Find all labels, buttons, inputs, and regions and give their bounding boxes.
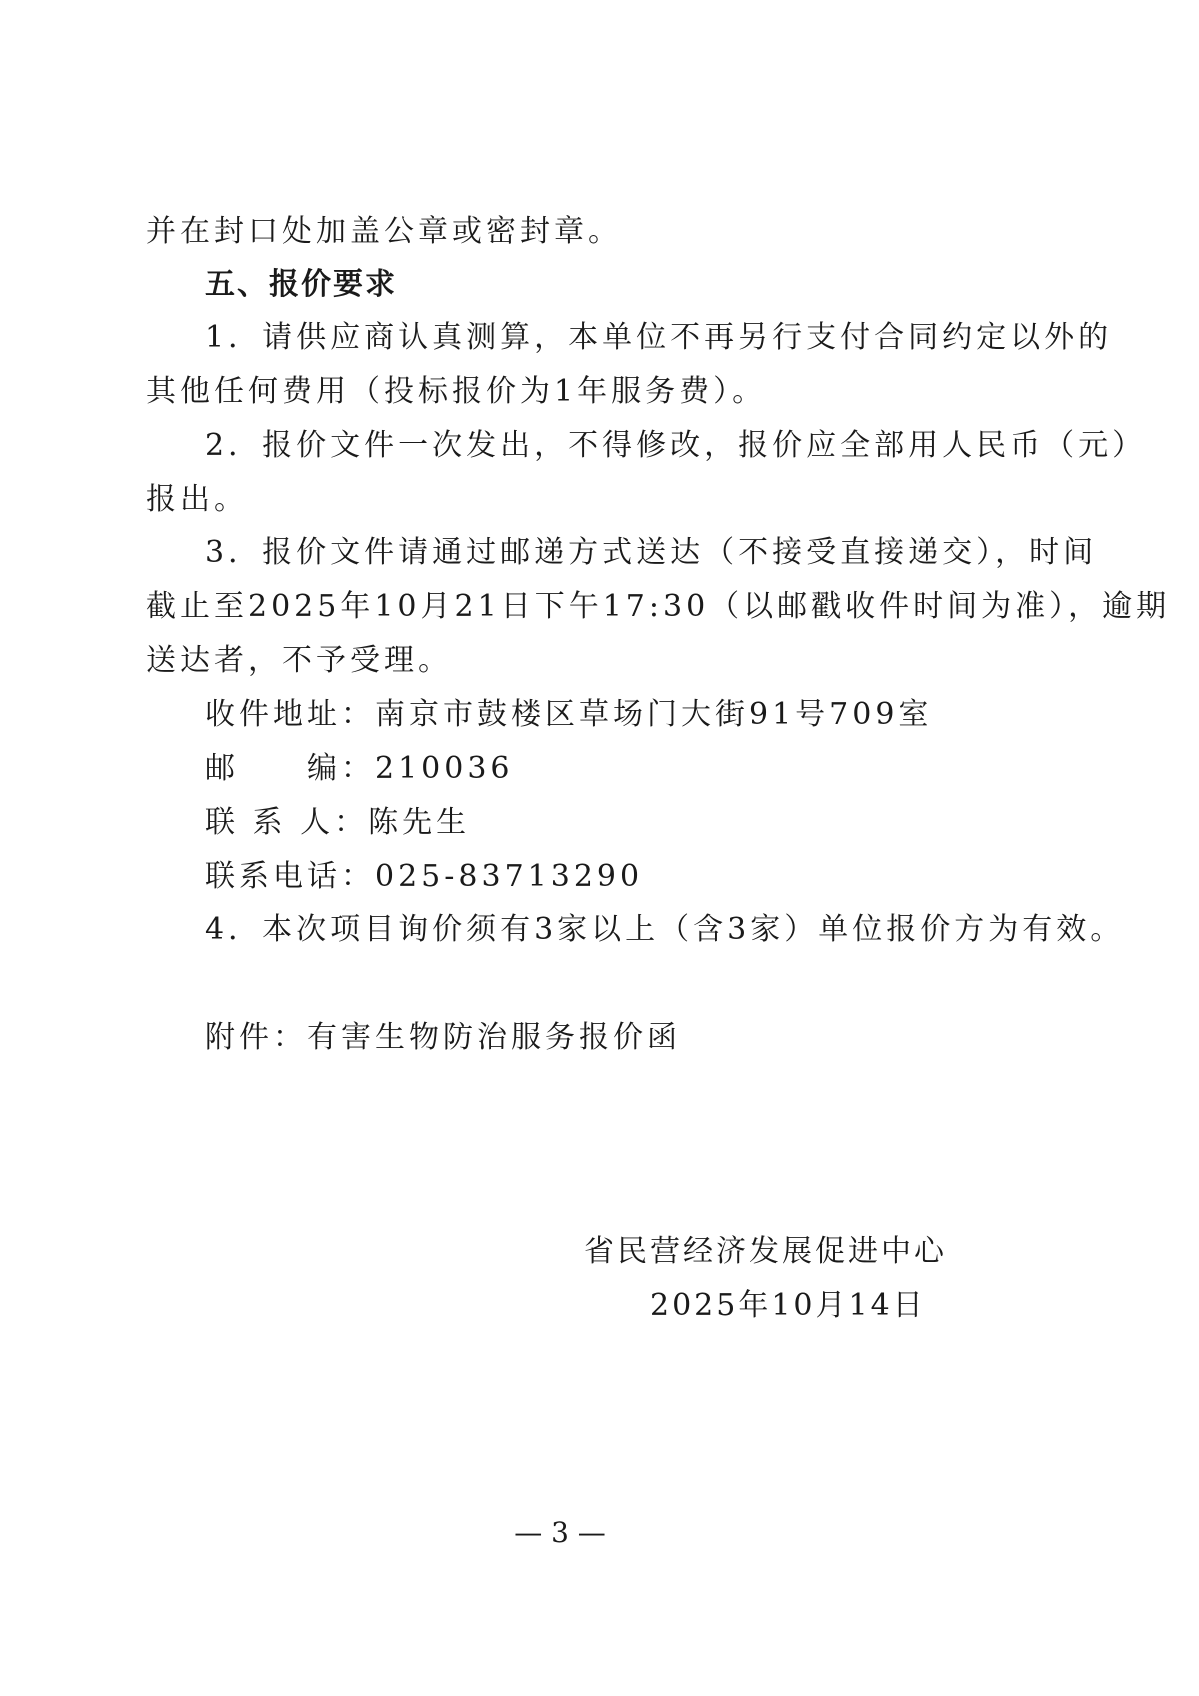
item-2-line-2: 报出。 xyxy=(146,480,248,520)
section-heading: 五、报价要求 xyxy=(205,265,397,305)
paragraph-continuation: 并在封口处加盖公章或密封章。 xyxy=(146,212,622,252)
contact-phone: 联系电话：025-83713290 xyxy=(205,857,643,897)
signature-organization: 省民营经济发展促进中心 xyxy=(584,1232,947,1272)
page-number: — 3 — xyxy=(0,1516,1120,1549)
delivery-address: 收件地址：南京市鼓楼区草场门大街91号709室 xyxy=(205,695,932,735)
item-3-line-3: 送达者，不予受理。 xyxy=(146,641,452,681)
postcode: 邮 编：210036 xyxy=(205,749,514,789)
item-2-line-1: 2．报价文件一次发出，不得修改，报价应全部用人民币（元） xyxy=(205,426,1146,466)
item-1-line-1: 1．请供应商认真测算，本单位不再另行支付合同约定以外的 xyxy=(205,318,1112,358)
item-1-line-2: 其他任何费用（投标报价为1年服务费）。 xyxy=(146,372,766,412)
item-3-line-2: 截止至2025年10月21日下午17:30（以邮戳收件时间为准），逾期 xyxy=(146,587,1170,627)
item-4: 4．本次项目询价须有3家以上（含3家）单位报价方为有效。 xyxy=(205,910,1124,950)
item-3-line-1: 3．报价文件请通过邮递方式送达（不接受直接递交），时间 xyxy=(205,533,1097,573)
contact-person: 联 系 人：陈先生 xyxy=(205,803,470,843)
signature-date: 2025年10月14日 xyxy=(650,1286,926,1326)
attachment-note: 附件：有害生物防治服务报价函 xyxy=(205,1018,681,1058)
